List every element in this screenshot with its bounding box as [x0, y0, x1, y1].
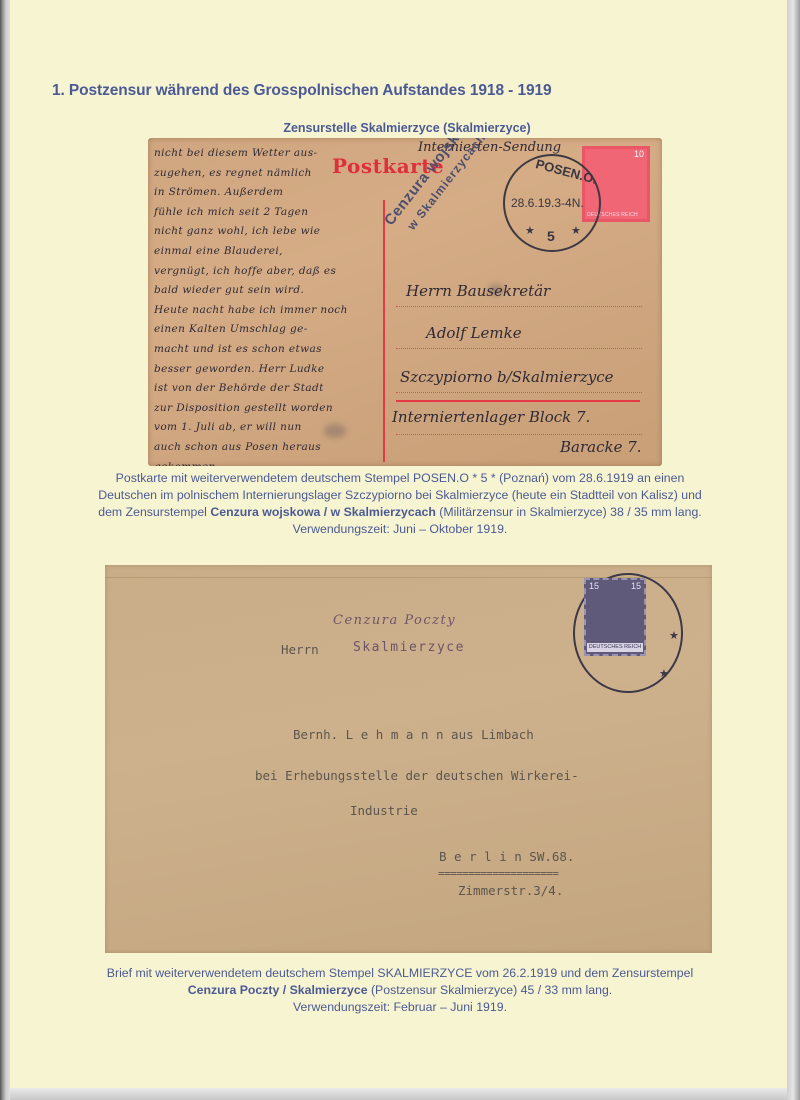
album-sheet-edge-left: [0, 0, 10, 1100]
envelope-image: Cenzura Poczty Herrn Skalmierzyce ★ ★ 15…: [105, 565, 712, 953]
postage-stamp-15: 15 15 DEUTSCHES REICH: [584, 578, 646, 656]
postcard-message: nicht bei diesem Wetter aus- zugehen, es…: [154, 144, 379, 466]
postcard-image: nicht bei diesem Wetter aus- zugehen, es…: [148, 138, 662, 466]
address-dotted-line: [396, 392, 642, 393]
address-dotted-line: [396, 434, 642, 435]
message-line: einen Kalten Umschlag ge-: [154, 320, 379, 340]
caption-line: Cenzura Poczty / Skalmierzyce (Postzensu…: [0, 982, 800, 999]
caption-line: dem Zensurstempel Cenzura wojskowa / w S…: [0, 504, 800, 521]
message-line: macht und ist es schon etwas: [154, 340, 379, 360]
ink-smudge: [324, 424, 346, 438]
message-line: fühle ich mich seit 2 Tagen: [154, 203, 379, 223]
section-subtitle: Zensurstelle Skalmierzyce (Skalmierzyce): [0, 121, 800, 135]
address-line: Adolf Lemke: [426, 324, 522, 342]
censor-stamp-line2: Skalmierzyce: [353, 640, 465, 655]
message-line: nicht ganz wohl, ich lebe wie: [154, 222, 379, 242]
caption-line: Verwendungszeit: Juni – Oktober 1919.: [0, 521, 800, 538]
message-line: ist von der Behörde der Stadt: [154, 379, 379, 399]
caption-line: Deutschen im polnischem Internierungslag…: [0, 487, 800, 504]
address-line: bei Erhebungsstelle der deutschen Wirker…: [255, 768, 579, 783]
message-line: auch schon aus Posen heraus: [154, 438, 379, 458]
address-line: Baracke 7.: [560, 438, 642, 456]
caption-line: Postkarte mit weiterverwendetem deutsche…: [0, 470, 800, 487]
postmark-posen: POSEN.O. 28.6.19.3-4N. 5 ★ ★: [503, 154, 601, 252]
address-line: Bernh. L e h m a n n aus Limbach: [293, 727, 534, 742]
postcard-caption: Postkarte mit weiterverwendetem deutsche…: [0, 470, 800, 538]
message-line: vergnügt, ich hoffe aber, daß es: [154, 262, 379, 282]
postcard-divider-line: [383, 200, 385, 462]
message-line: in Strömen. Außerdem: [154, 183, 379, 203]
message-line: gekommen.: [154, 458, 379, 467]
caption-line: Verwendungszeit: Februar – Juni 1919.: [0, 999, 800, 1016]
album-sheet-edge-bottom: [10, 1088, 787, 1100]
address-line: B e r l i n SW.68.: [439, 849, 574, 864]
message-line: einmal eine Blauderei,: [154, 242, 379, 262]
address-line: Industrie: [350, 803, 418, 818]
message-line: Heute nacht habe ich immer noch: [154, 301, 379, 321]
address-line: Szczypiorno b/Skalmierzyce: [400, 368, 614, 386]
album-sheet-edge-right: [787, 0, 800, 1100]
message-line: zur Disposition gestellt worden: [154, 399, 379, 419]
address-underline: [396, 400, 640, 402]
page-title: 1. Postzensur während des Grosspolnische…: [52, 82, 552, 100]
caption-line: Brief mit weiterverwendetem deutschem St…: [0, 965, 800, 982]
message-line: besser geworden. Herr Ludke: [154, 360, 379, 380]
address-underline: ====================: [438, 867, 558, 880]
envelope-salutation: Herrn: [281, 642, 319, 657]
message-line: bald wieder gut sein wird.: [154, 281, 379, 301]
address-line: Interniertenlager Block 7.: [392, 408, 590, 426]
envelope-caption: Brief mit weiterverwendetem deutschem St…: [0, 965, 800, 1016]
censor-stamp-cenzura-poczty: Cenzura Poczty: [333, 613, 456, 628]
ink-smudge: [488, 284, 504, 296]
address-line: Zimmerstr.3/4.: [458, 883, 563, 898]
address-dotted-line: [396, 306, 642, 307]
address-dotted-line: [396, 348, 642, 349]
address-line: Herrn Bausekretär: [406, 282, 550, 300]
